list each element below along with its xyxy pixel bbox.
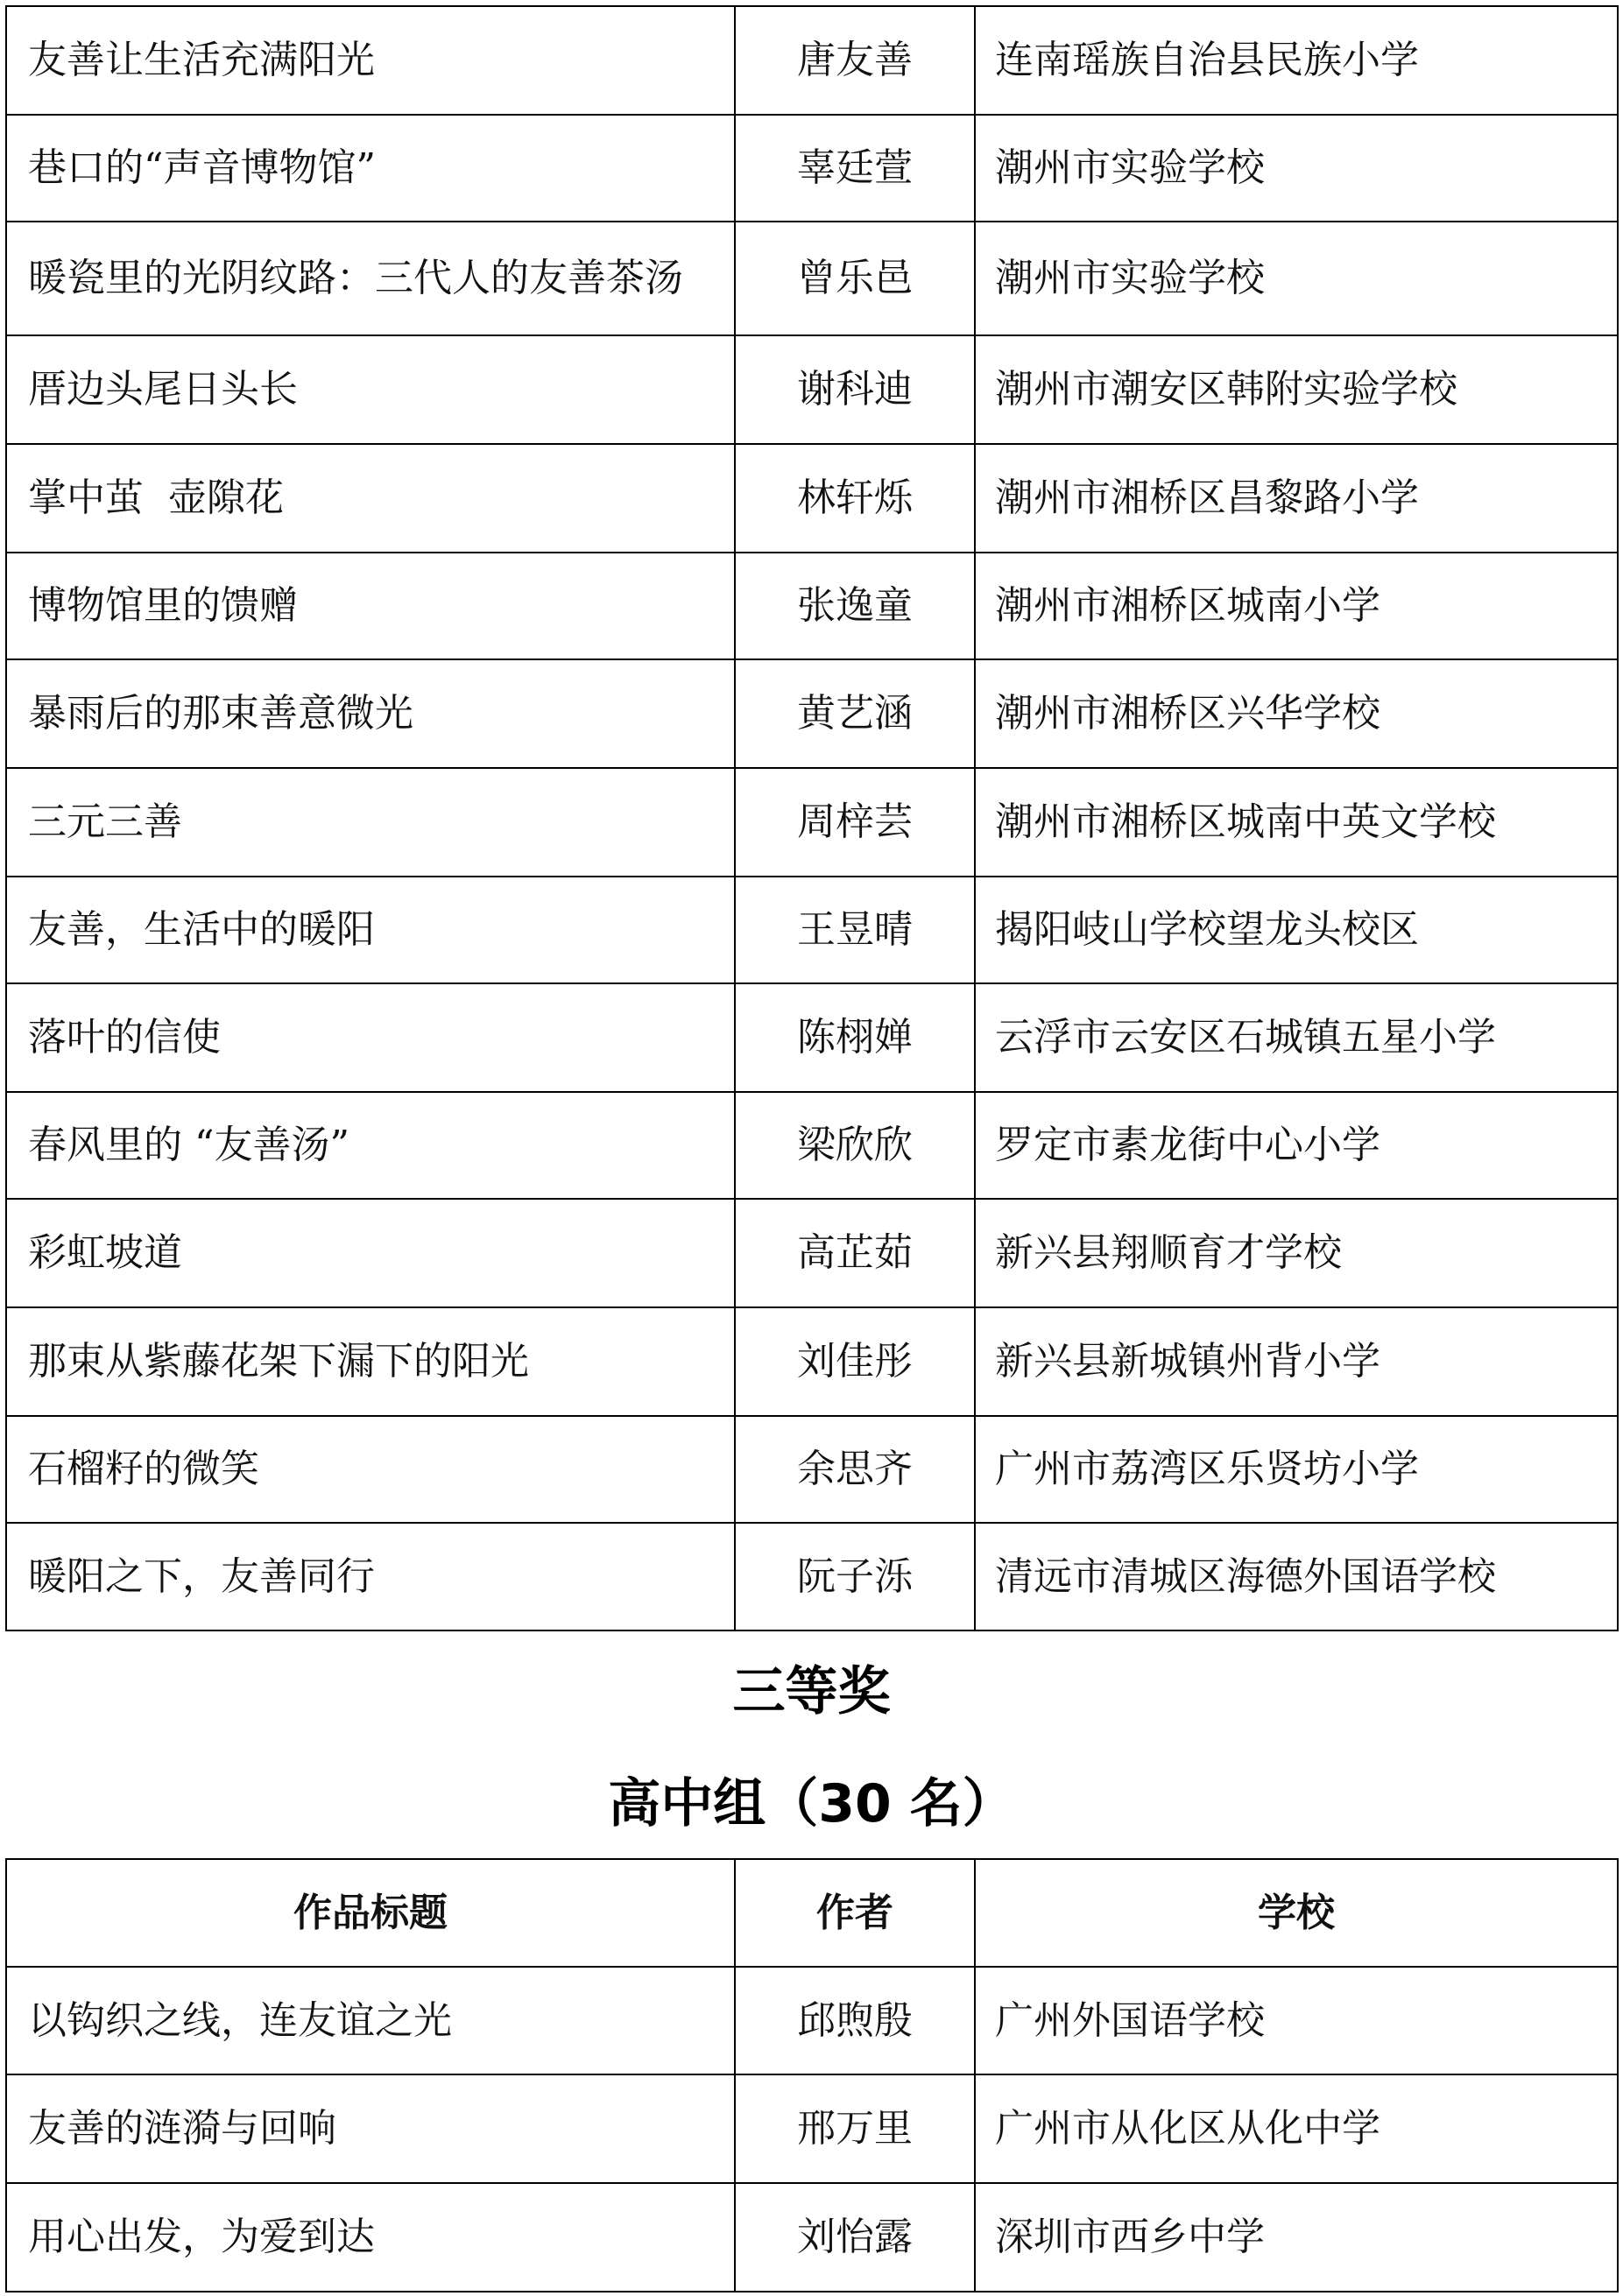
work-title-cell: 春风里的 “友善汤” bbox=[6, 1092, 735, 1199]
school-cell: 潮州市湘桥区城南中英文学校 bbox=[975, 768, 1618, 877]
work-title-cell: 暖瓷里的光阴纹路：三代人的友善茶汤 bbox=[6, 222, 735, 335]
author-cell: 黄艺涵 bbox=[735, 659, 975, 768]
author-cell: 刘佳彤 bbox=[735, 1307, 975, 1416]
work-title-cell: 巷口的“声音博物馆” bbox=[6, 115, 735, 222]
table-row: 那束从紫藤花架下漏下的阳光 刘佳彤 新兴县新城镇州背小学 bbox=[6, 1307, 1618, 1416]
table-row: 以钩织之线，连友谊之光 邱煦殷 广州外国语学校 bbox=[6, 1967, 1618, 2074]
work-title-cell: 用心出发，为爱到达 bbox=[6, 2183, 735, 2292]
work-title-cell: 暴雨后的那束善意微光 bbox=[6, 659, 735, 768]
work-title-cell: 友善让生活充满阳光 bbox=[6, 6, 735, 115]
column-header-school: 学校 bbox=[975, 1859, 1618, 1967]
work-title-cell: 以钩织之线，连友谊之光 bbox=[6, 1967, 735, 2074]
table-row: 石榴籽的微笑 余思齐 广州市荔湾区乐贤坊小学 bbox=[6, 1416, 1618, 1523]
group-heading: 高中组（30 名） bbox=[0, 1769, 1623, 1839]
school-cell: 潮州市潮安区韩附实验学校 bbox=[975, 335, 1618, 444]
table-row: 落叶的信使 陈栩婵 云浮市云安区石城镇五星小学 bbox=[6, 983, 1618, 1092]
work-title-cell: 友善的涟漪与回响 bbox=[6, 2074, 735, 2183]
author-cell: 周梓芸 bbox=[735, 768, 975, 877]
table-row: 暖瓷里的光阴纹路：三代人的友善茶汤 曾乐邑 潮州市实验学校 bbox=[6, 222, 1618, 335]
school-cell: 广州市荔湾区乐贤坊小学 bbox=[975, 1416, 1618, 1523]
work-title-cell: 石榴籽的微笑 bbox=[6, 1416, 735, 1523]
author-cell: 阮子泺 bbox=[735, 1523, 975, 1630]
school-cell: 广州市从化区从化中学 bbox=[975, 2074, 1618, 2183]
high-school-awards-table: 作品标题 作者 学校 以钩织之线，连友谊之光 邱煦殷 广州外国语学校 友善的涟漪… bbox=[5, 1858, 1619, 2292]
school-cell: 潮州市实验学校 bbox=[975, 115, 1618, 222]
author-cell: 陈栩婵 bbox=[735, 983, 975, 1092]
school-cell: 新兴县新城镇州背小学 bbox=[975, 1307, 1618, 1416]
work-title-cell: 彩虹坡道 bbox=[6, 1199, 735, 1307]
school-cell: 潮州市湘桥区城南小学 bbox=[975, 553, 1618, 659]
work-title-cell: 友善，生活中的暖阳 bbox=[6, 877, 735, 983]
work-title-cell: 三元三善 bbox=[6, 768, 735, 877]
school-cell: 潮州市湘桥区昌黎路小学 bbox=[975, 444, 1618, 553]
column-header-title: 作品标题 bbox=[6, 1859, 735, 1967]
school-cell: 潮州市实验学校 bbox=[975, 222, 1618, 335]
school-cell: 深圳市西乡中学 bbox=[975, 2183, 1618, 2292]
school-cell: 新兴县翔顺育才学校 bbox=[975, 1199, 1618, 1307]
table-row: 巷口的“声音博物馆” 辜廷萱 潮州市实验学校 bbox=[6, 115, 1618, 222]
author-cell: 刘怡露 bbox=[735, 2183, 975, 2292]
author-cell: 高芷茹 bbox=[735, 1199, 975, 1307]
school-cell: 广州外国语学校 bbox=[975, 1967, 1618, 2074]
work-title-cell: 掌中茧 壶隙花 bbox=[6, 444, 735, 553]
school-cell: 连南瑶族自治县民族小学 bbox=[975, 6, 1618, 115]
work-title-cell: 厝边头尾日头长 bbox=[6, 335, 735, 444]
work-title-cell: 那束从紫藤花架下漏下的阳光 bbox=[6, 1307, 735, 1416]
author-cell: 林轩烁 bbox=[735, 444, 975, 553]
author-cell: 曾乐邑 bbox=[735, 222, 975, 335]
awards-table-continued: 友善让生活充满阳光 唐友善 连南瑶族自治县民族小学 巷口的“声音博物馆” 辜廷萱… bbox=[5, 5, 1619, 1631]
table-row: 掌中茧 壶隙花 林轩烁 潮州市湘桥区昌黎路小学 bbox=[6, 444, 1618, 553]
table-row: 暖阳之下，友善同行 阮子泺 清远市清城区海德外国语学校 bbox=[6, 1523, 1618, 1630]
author-cell: 王昱晴 bbox=[735, 877, 975, 983]
table-header-row: 作品标题 作者 学校 bbox=[6, 1859, 1618, 1967]
table-row: 友善的涟漪与回响 邢万里 广州市从化区从化中学 bbox=[6, 2074, 1618, 2183]
table-row: 彩虹坡道 高芷茹 新兴县翔顺育才学校 bbox=[6, 1199, 1618, 1307]
awards-table-body: 友善让生活充满阳光 唐友善 连南瑶族自治县民族小学 巷口的“声音博物馆” 辜廷萱… bbox=[6, 6, 1618, 1630]
table-row: 用心出发，为爱到达 刘怡露 深圳市西乡中学 bbox=[6, 2183, 1618, 2292]
author-cell: 邱煦殷 bbox=[735, 1967, 975, 2074]
column-header-author: 作者 bbox=[735, 1859, 975, 1967]
school-cell: 揭阳岐山学校望龙头校区 bbox=[975, 877, 1618, 983]
work-title-cell: 博物馆里的馈赠 bbox=[6, 553, 735, 659]
author-cell: 谢科迪 bbox=[735, 335, 975, 444]
school-cell: 潮州市湘桥区兴华学校 bbox=[975, 659, 1618, 768]
author-cell: 梁欣欣 bbox=[735, 1092, 975, 1199]
author-cell: 辜廷萱 bbox=[735, 115, 975, 222]
work-title-cell: 落叶的信使 bbox=[6, 983, 735, 1092]
author-cell: 邢万里 bbox=[735, 2074, 975, 2183]
author-cell: 张逸童 bbox=[735, 553, 975, 659]
table-row: 厝边头尾日头长 谢科迪 潮州市潮安区韩附实验学校 bbox=[6, 335, 1618, 444]
school-cell: 云浮市云安区石城镇五星小学 bbox=[975, 983, 1618, 1092]
table-row: 春风里的 “友善汤” 梁欣欣 罗定市素龙街中心小学 bbox=[6, 1092, 1618, 1199]
award-level-heading: 三等奖 bbox=[0, 1657, 1623, 1727]
table-row: 暴雨后的那束善意微光 黄艺涵 潮州市湘桥区兴华学校 bbox=[6, 659, 1618, 768]
table-row: 友善，生活中的暖阳 王昱晴 揭阳岐山学校望龙头校区 bbox=[6, 877, 1618, 983]
school-cell: 清远市清城区海德外国语学校 bbox=[975, 1523, 1618, 1630]
work-title-cell: 暖阳之下，友善同行 bbox=[6, 1523, 735, 1630]
author-cell: 余思齐 bbox=[735, 1416, 975, 1523]
table-row: 友善让生活充满阳光 唐友善 连南瑶族自治县民族小学 bbox=[6, 6, 1618, 115]
school-cell: 罗定市素龙街中心小学 bbox=[975, 1092, 1618, 1199]
table-row: 博物馆里的馈赠 张逸童 潮州市湘桥区城南小学 bbox=[6, 553, 1618, 659]
author-cell: 唐友善 bbox=[735, 6, 975, 115]
table-row: 三元三善 周梓芸 潮州市湘桥区城南中英文学校 bbox=[6, 768, 1618, 877]
